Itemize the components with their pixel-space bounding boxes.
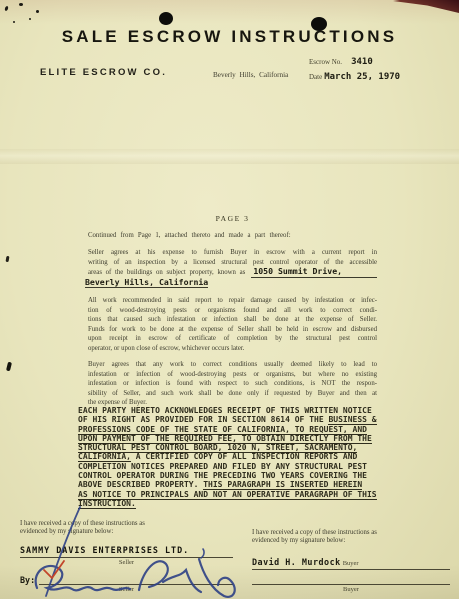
section-8614-notice: EACH PARTY HERETO ACKNOWLEDGES RECEIPT O… xyxy=(78,406,398,508)
plain-text: EACH PARTY HERETO ACKNOWLEDGES RECEIPT O… xyxy=(78,406,372,415)
escrow-number-row: Escrow No.3410 xyxy=(309,57,373,67)
plain-text: OF HIS RIGHT AS PROVIDED FOR IN SECTION … xyxy=(78,415,328,424)
text-line: Seller agrees at his expense to furnish … xyxy=(88,248,377,258)
signature-line xyxy=(39,574,233,585)
ink-speck xyxy=(19,3,23,6)
plain-text: A CERTIFIED COPY OF ALL INSPECTION REPOR… xyxy=(131,452,357,461)
ink-speck xyxy=(36,10,39,13)
text-line: tions that caused such infestation or in… xyxy=(88,315,377,325)
notice-line: OF HIS RIGHT AS PROVIDED FOR IN SECTION … xyxy=(78,415,398,424)
page-title: SALE ESCROW INSTRUCTIONS xyxy=(0,27,459,47)
seller-company-line: SAMMY DAVIS ENTERPRISES LTD. xyxy=(20,546,233,558)
plain-text: COMPLETION NOTICES PREPARED AND FILED BY… xyxy=(78,462,367,471)
buyer-role-label: Buyer xyxy=(343,560,359,568)
buyer-signature-line xyxy=(252,583,450,585)
page-body: PAGE 3 Continued from Page 1, attached t… xyxy=(88,214,377,408)
notice-line: AS NOTICE TO PRINCIPALS AND NOT AN OPERA… xyxy=(78,490,398,499)
notice-line: COMPLETION NOTICES PREPARED AND FILED BY… xyxy=(78,462,398,471)
buyer-name-line: David H. Murdock Buyer xyxy=(252,558,450,570)
seller-company-name: SAMMY DAVIS ENTERPRISES LTD. xyxy=(20,545,189,555)
plain-text: ABOVE DESCRIBED PROPERTY. xyxy=(78,480,203,489)
ack-text-line: evidenced by my signature below: xyxy=(20,528,233,536)
margin-mark xyxy=(6,256,10,262)
notice-line: STRUCTURAL PEST CONTROL BOARD, 1020 N, S… xyxy=(78,443,398,452)
escrow-number-label: Escrow No. xyxy=(309,58,342,66)
work-recommended-paragraph: All work recommended in said report to r… xyxy=(88,296,377,353)
seller-role-label: Seller xyxy=(20,559,233,567)
text-line: infestation or infection of wood-destroy… xyxy=(88,370,377,380)
text-line: tion of wood-destroying pests or organis… xyxy=(88,306,377,316)
photo-top-tint xyxy=(0,0,459,28)
by-label: By: xyxy=(20,576,35,584)
text-line: operator, or upon close of escrow, which… xyxy=(88,344,377,354)
date-label: Date xyxy=(309,73,322,81)
paper-crease xyxy=(0,149,459,164)
date-value: March 25, 1970 xyxy=(324,72,400,82)
page-number: PAGE 3 xyxy=(88,214,377,224)
property-address-row: areas of the buildings on subject proper… xyxy=(88,267,377,278)
underlined-text: BUSINESS & xyxy=(328,415,376,425)
ack-text-line: I have received a copy of these instruct… xyxy=(252,529,450,537)
date-row: DateMarch 25, 1970 xyxy=(309,72,400,82)
text-line: All work recommended in said report to r… xyxy=(88,296,377,306)
ack-text-line: evidenced by my signature below: xyxy=(252,537,450,545)
underlined-text: THIS PARAGRAPH IS INSERTED HEREIN xyxy=(203,480,362,490)
underline-fill xyxy=(344,277,377,278)
seller-report-paragraph: Seller agrees at his expense to furnish … xyxy=(88,248,377,267)
notice-line: ABOVE DESCRIBED PROPERTY. THIS PARAGRAPH… xyxy=(78,480,398,489)
notice-line: EACH PARTY HERETO ACKNOWLEDGES RECEIPT O… xyxy=(78,406,398,415)
text-line: infestation or infection is found with r… xyxy=(88,379,377,389)
company-city: Beverly Hills, California xyxy=(213,71,288,79)
notice-line: CONTROL OPERATOR DURING THE PRECEDING TW… xyxy=(78,471,398,480)
ack-text-line: I have received a copy of these instruct… xyxy=(20,520,233,528)
text-line: upon receipt in escrow of certificate of… xyxy=(88,334,377,344)
notice-line: UPON PAYMENT OF THE REQUIRED FEE, TO OBT… xyxy=(78,434,398,443)
hole-punch-mark xyxy=(159,12,173,25)
text-line: Buyer agrees that any work to correct co… xyxy=(88,360,377,370)
by-signature-row: By: xyxy=(20,574,233,585)
text-line: sibility of Seller, and such work shall … xyxy=(88,389,377,399)
seller-signature-block: I have received a copy of these instruct… xyxy=(20,520,233,594)
escrow-company-name: ELITE ESCROW CO. xyxy=(40,67,167,78)
seller-role-label: Seller xyxy=(20,586,233,594)
ink-speck xyxy=(29,18,31,20)
buyer-role-label: Buyer xyxy=(252,586,450,594)
buyer-signature-block: I have received a copy of these instruct… xyxy=(252,529,450,595)
underlined-text: INSTRUCTION. xyxy=(78,499,136,509)
property-address-line1: 1050 Summit Drive, xyxy=(251,267,344,278)
buyer-typed-name: David H. Murdock xyxy=(252,558,341,566)
notice-line: CALIFORNIA, A CERTIFIED COPY OF ALL INSP… xyxy=(78,452,398,461)
escrow-number-value: 3410 xyxy=(351,57,373,67)
escrow-instructions-page: SALE ESCROW INSTRUCTIONS ELITE ESCROW CO… xyxy=(0,0,459,599)
text-line: Funds for work to be done at the expense… xyxy=(88,325,377,335)
notice-line: INSTRUCTION. xyxy=(78,499,398,508)
margin-mark xyxy=(6,362,12,372)
buyer-agrees-paragraph: Buyer agrees that any work to correct co… xyxy=(88,360,377,408)
continued-line: Continued from Page 1, attached thereto … xyxy=(88,231,377,241)
plain-text: CONTROL OPERATOR DURING THE PRECEDING TW… xyxy=(78,471,367,480)
property-address-line2: Beverly Hills, California xyxy=(85,278,208,289)
ink-speck xyxy=(13,21,15,23)
notice-line: PROFESSIONS CODE OF THE STATE OF CALIFOR… xyxy=(78,425,398,434)
